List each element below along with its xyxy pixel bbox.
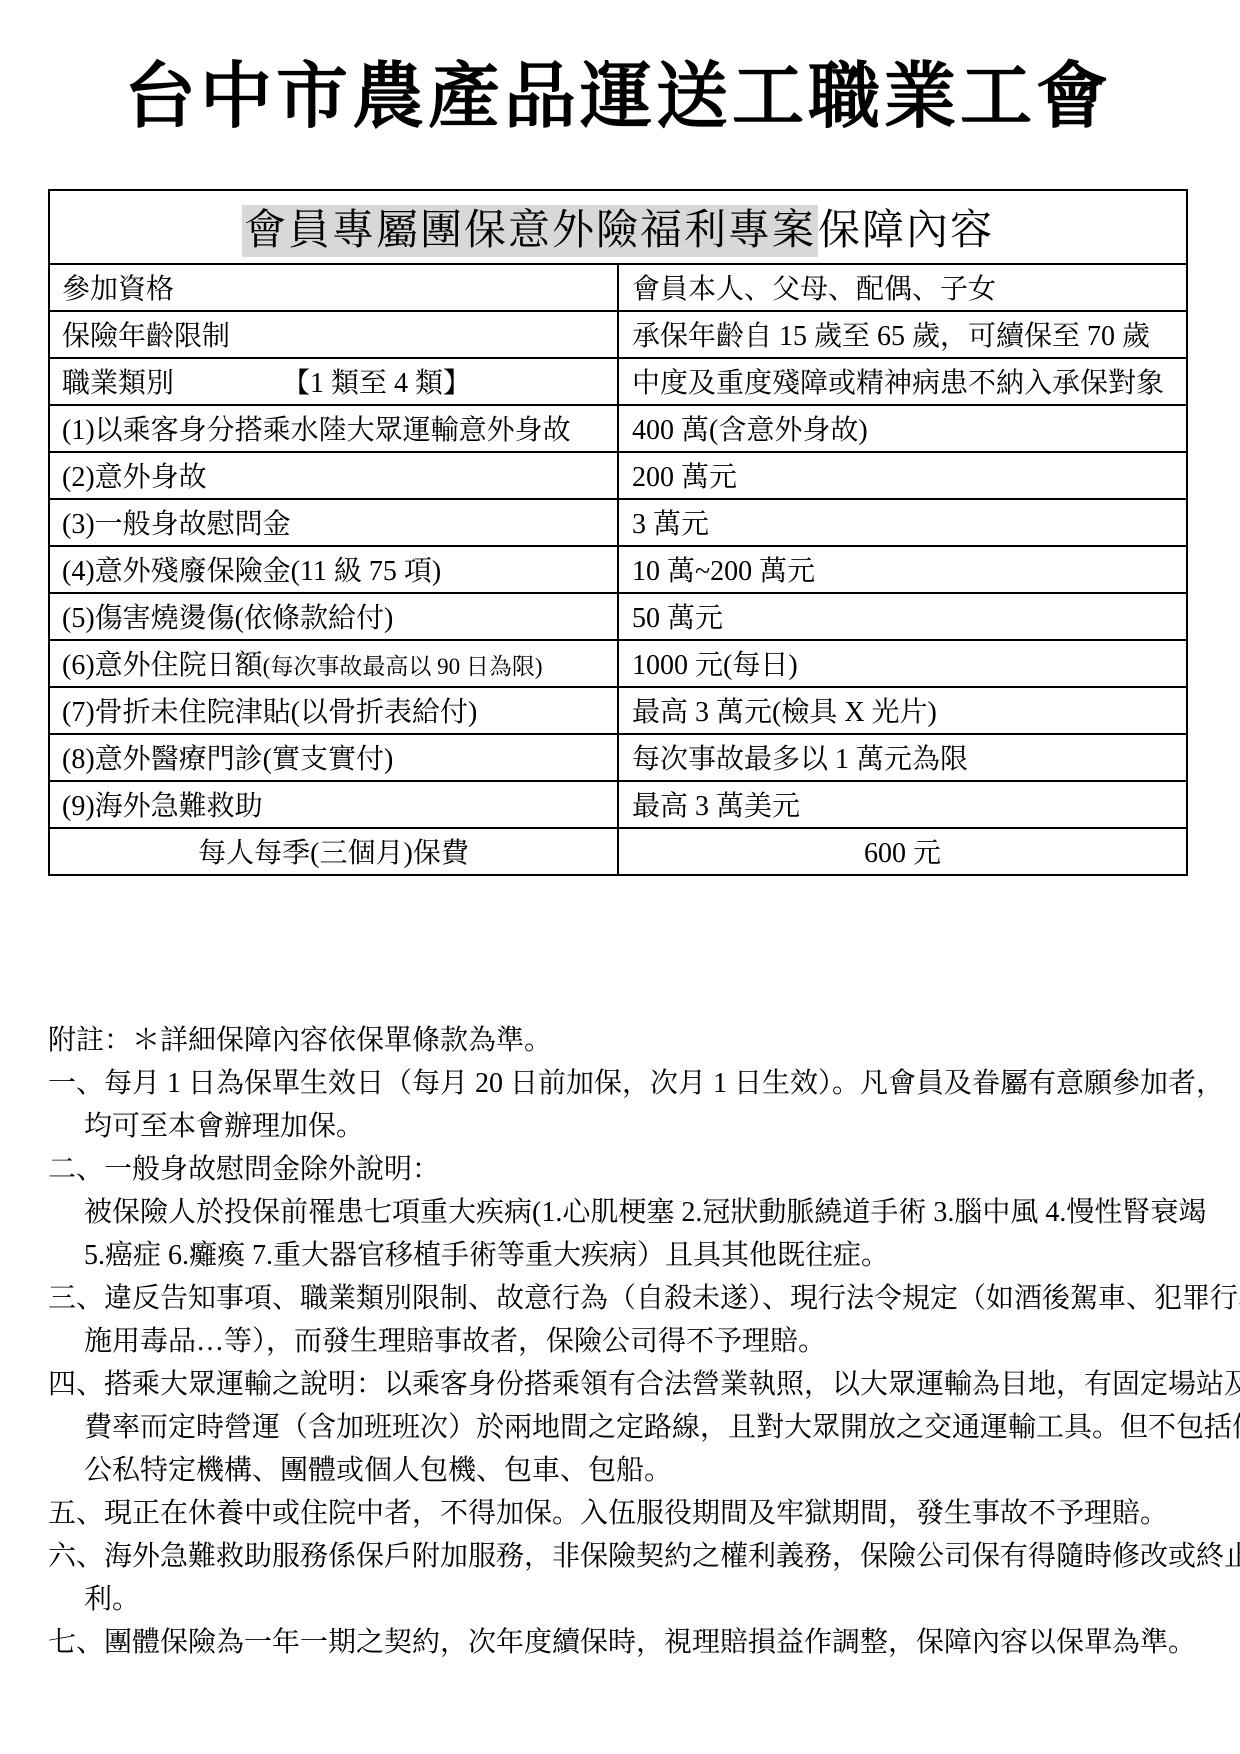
note-line: 5.癌症 6.癱瘓 7.重大器官移植手術等重大疾病）且具其他既往症。 bbox=[48, 1234, 1188, 1277]
hospital-daily-limit-note: (每次事故最高以 90 日為限) bbox=[263, 654, 543, 679]
table-row: (3)一般身故慰問金 3 萬元 bbox=[49, 499, 1187, 546]
row-value: 中度及重度殘障或精神病患不納入承保對象 bbox=[618, 358, 1187, 405]
note-line: 利。 bbox=[48, 1578, 1188, 1621]
row-label: (3)一般身故慰問金 bbox=[49, 499, 618, 546]
row-value: 1000 元(每日) bbox=[618, 640, 1187, 687]
row-value: 會員本人、父母、配偶、子女 bbox=[618, 264, 1187, 311]
hospital-daily-label: (6)意外住院日額 bbox=[62, 650, 263, 681]
note-line: 四、搭乘大眾運輸之說明：以乘客身份搭乘領有合法營業執照，以大眾運輸為目地，有固定… bbox=[48, 1363, 1188, 1406]
premium-value: 600 元 bbox=[618, 828, 1187, 875]
table-row: (1)以乘客身分搭乘水陸大眾運輸意外身故 400 萬(含意外身故) bbox=[49, 405, 1187, 452]
row-label: (9)海外急難救助 bbox=[49, 781, 618, 828]
table-row: (6)意外住院日額(每次事故最高以 90 日為限) 1000 元(每日) bbox=[49, 640, 1187, 687]
table-row: (2)意外身故 200 萬元 bbox=[49, 452, 1187, 499]
premium-row: 每人每季(三個月)保費 600 元 bbox=[49, 828, 1187, 875]
row-label: (1)以乘客身分搭乘水陸大眾運輸意外身故 bbox=[49, 405, 618, 452]
row-value: 最高 3 萬元(檢具 X 光片) bbox=[618, 687, 1187, 734]
row-label: (8)意外醫療門診(實支實付) bbox=[49, 734, 618, 781]
note-line: 附註：＊詳細保障內容依保單條款為準。 bbox=[48, 1019, 1188, 1062]
row-value: 50 萬元 bbox=[618, 593, 1187, 640]
note-line: 均可至本會辦理加保。 bbox=[48, 1105, 1188, 1148]
table-row: 保險年齡限制 承保年齡自 15 歲至 65 歲，可續保至 70 歲 bbox=[49, 311, 1187, 358]
note-line: 七、團體保險為一年一期之契約，次年度續保時，視理賠損益作調整，保障內容以保單為準… bbox=[48, 1621, 1188, 1664]
row-value: 10 萬~200 萬元 bbox=[618, 546, 1187, 593]
table-row: 參加資格 會員本人、父母、配偶、子女 bbox=[49, 264, 1187, 311]
benefits-table: 會員專屬團保意外險福利專案保障內容 參加資格 會員本人、父母、配偶、子女 保險年… bbox=[48, 189, 1188, 876]
table-header-cell: 會員專屬團保意外險福利專案保障內容 bbox=[49, 190, 1187, 264]
row-label: (2)意外身故 bbox=[49, 452, 618, 499]
table-row: (5)傷害燒燙傷(依條款給付) 50 萬元 bbox=[49, 593, 1187, 640]
note-line: 被保險人於投保前罹患七項重大疾病(1.心肌梗塞 2.冠狀動脈繞道手術 3.腦中風… bbox=[48, 1191, 1188, 1234]
page-title: 台中市農產品運送工職業工會 bbox=[48, 56, 1188, 139]
row-label: 職業類別【1 類至 4 類】 bbox=[49, 358, 618, 405]
notes-section: 附註：＊詳細保障內容依保單條款為準。 一、每月 1 日為保單生效日（每月 20 … bbox=[48, 1019, 1188, 1664]
row-value: 200 萬元 bbox=[618, 452, 1187, 499]
row-label: (4)意外殘廢保險金(11 級 75 項) bbox=[49, 546, 618, 593]
table-header-normal: 保障內容 bbox=[818, 208, 994, 254]
row-label: 保險年齡限制 bbox=[49, 311, 618, 358]
note-line: 五、現正在休養中或住院中者，不得加保。入伍服役期間及牢獄期間，發生事故不予理賠。 bbox=[48, 1492, 1188, 1535]
table-row: 職業類別【1 類至 4 類】 中度及重度殘障或精神病患不納入承保對象 bbox=[49, 358, 1187, 405]
note-line: 費率而定時營運（含加班班次）於兩地間之定路線，且對大眾開放之交通運輸工具。但不包… bbox=[48, 1406, 1188, 1449]
note-line: 三、違反告知事項、職業類別限制、故意行為（自殺未遂）、現行法令規定（如酒後駕車、… bbox=[48, 1277, 1188, 1320]
row-label: (5)傷害燒燙傷(依條款給付) bbox=[49, 593, 618, 640]
note-line: 一、每月 1 日為保單生效日（每月 20 日前加保，次月 1 日生效）。凡會員及… bbox=[48, 1062, 1188, 1105]
table-header-highlighted: 會員專屬團保意外險福利專案 bbox=[242, 205, 818, 257]
row-label: (7)骨折未住院津貼(以骨折表給付) bbox=[49, 687, 618, 734]
row-value: 最高 3 萬美元 bbox=[618, 781, 1187, 828]
table-row: (8)意外醫療門診(實支實付) 每次事故最多以 1 萬元為限 bbox=[49, 734, 1187, 781]
table-row: (9)海外急難救助 最高 3 萬美元 bbox=[49, 781, 1187, 828]
row-value: 每次事故最多以 1 萬元為限 bbox=[618, 734, 1187, 781]
row-value: 3 萬元 bbox=[618, 499, 1187, 546]
row-label: 參加資格 bbox=[49, 264, 618, 311]
table-row: (4)意外殘廢保險金(11 級 75 項) 10 萬~200 萬元 bbox=[49, 546, 1187, 593]
table-header-row: 會員專屬團保意外險福利專案保障內容 bbox=[49, 190, 1187, 264]
note-line: 六、海外急難救助服務係保戶附加服務，非保險契約之權利義務，保險公司保有得隨時修改… bbox=[48, 1535, 1188, 1578]
occupation-class-label: 職業類別 bbox=[62, 368, 174, 399]
note-line: 二、一般身故慰問金除外說明： bbox=[48, 1148, 1188, 1191]
row-value: 400 萬(含意外身故) bbox=[618, 405, 1187, 452]
row-label: (6)意外住院日額(每次事故最高以 90 日為限) bbox=[49, 640, 618, 687]
document-page: 台中市農產品運送工職業工會 會員專屬團保意外險福利專案保障內容 參加資格 會員本… bbox=[0, 0, 1240, 1754]
note-line: 公私特定機構、團體或個人包機、包車、包船。 bbox=[48, 1449, 1188, 1492]
occupation-class-range: 【1 類至 4 類】 bbox=[282, 368, 471, 399]
row-value: 承保年齡自 15 歲至 65 歲，可續保至 70 歲 bbox=[618, 311, 1187, 358]
premium-label: 每人每季(三個月)保費 bbox=[49, 828, 618, 875]
table-row: (7)骨折未住院津貼(以骨折表給付) 最高 3 萬元(檢具 X 光片) bbox=[49, 687, 1187, 734]
note-line: 施用毒品…等），而發生理賠事故者，保險公司得不予理賠。 bbox=[48, 1320, 1188, 1363]
